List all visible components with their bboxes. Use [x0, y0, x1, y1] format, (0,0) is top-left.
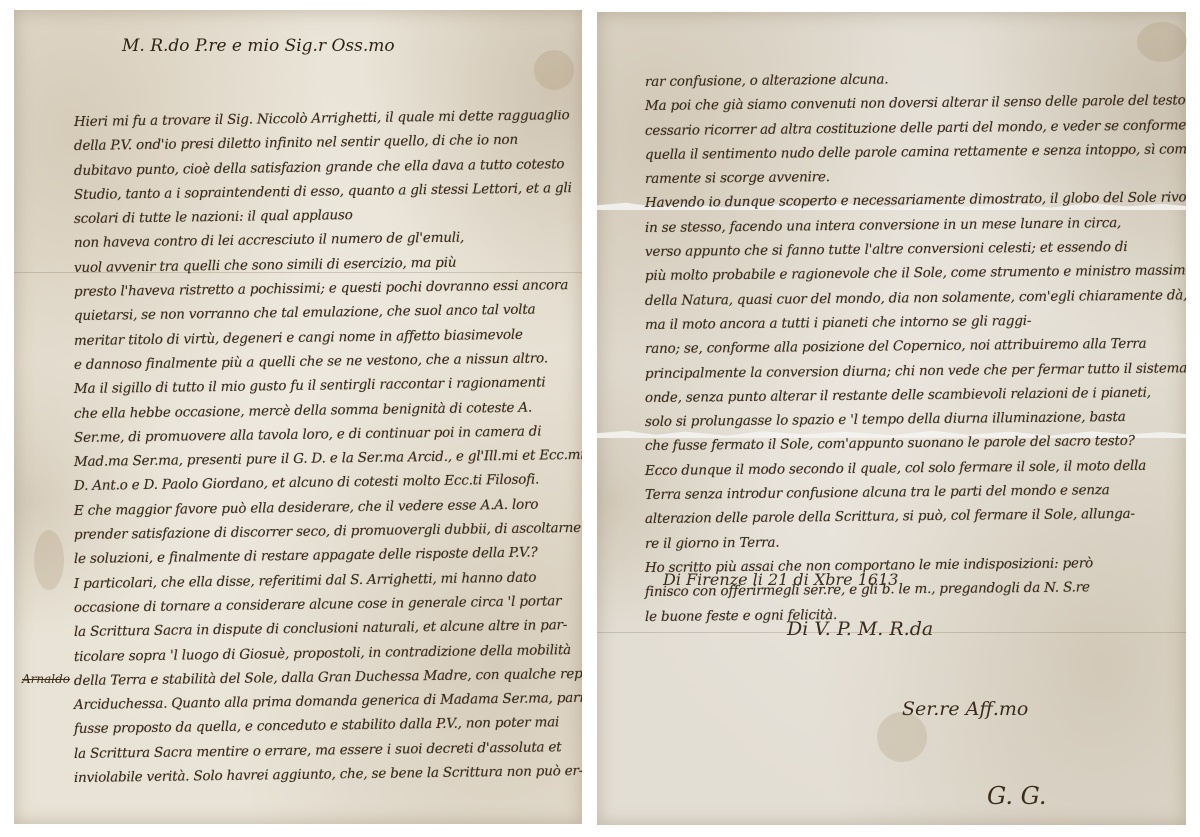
closing-servant: Ser.re Aff.mo: [902, 698, 1028, 720]
letter-body-left: Hieri mi fu a trovare il Sig. Niccolò Ar…: [14, 110, 582, 790]
manuscript-page-right: rar confusione, o alterazione alcuna. Ma…: [597, 12, 1186, 825]
signature-initials: G. G.: [987, 782, 1047, 810]
closing-formula: Di V. P. M. R.da: [787, 618, 933, 640]
letter-body-right: rar confusione, o alterazione alcuna. Ma…: [597, 70, 1186, 629]
paper-stain: [534, 50, 574, 90]
date-line: Di Firenze li 21 di Xbre 1613: [663, 570, 898, 589]
salutation: M. R.do P.re e mio Sig.r Oss.mo: [122, 36, 395, 56]
manuscript-page-left: M. R.do P.re e mio Sig.r Oss.mo Arnaldo …: [14, 10, 582, 824]
paper-stain: [1137, 22, 1187, 62]
